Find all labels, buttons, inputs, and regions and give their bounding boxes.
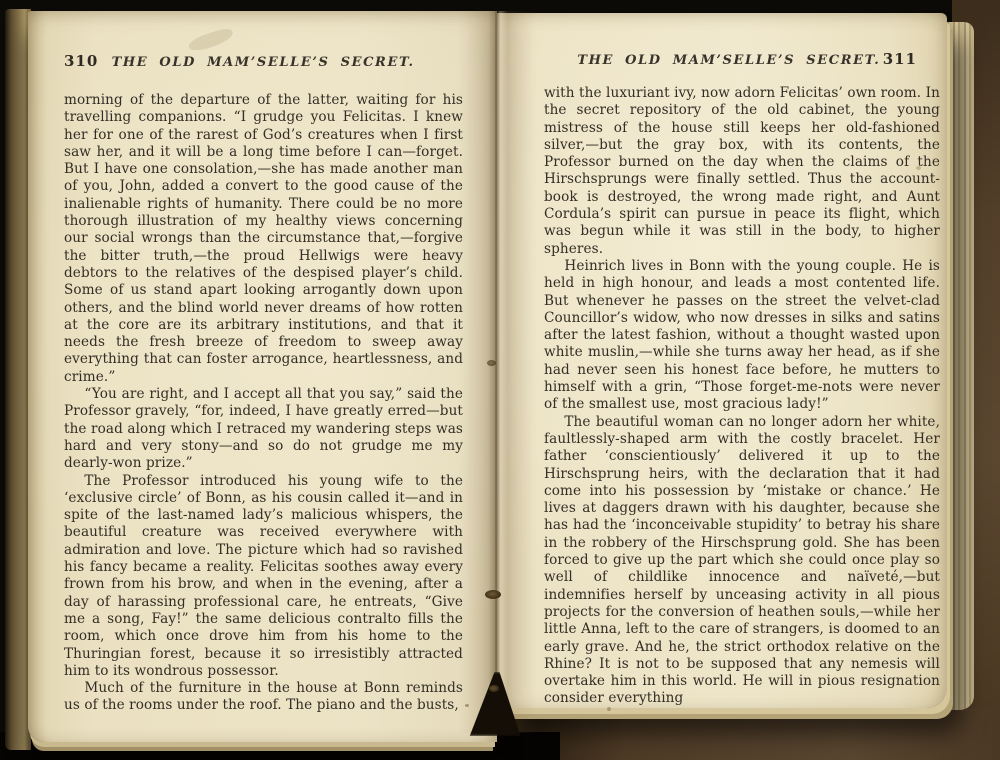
running-title-right: THE OLD MAM’SELLE’S SECRET. [575,53,883,68]
left-page: 310 THE OLD MAM’SELLE’S SECRET. morning … [28,11,497,742]
paragraph: morning of the departure of the latter, … [64,92,463,386]
page-number-left: 310 [64,52,98,70]
page-blemish [187,26,235,54]
page-blemish [607,707,611,711]
paragraph: “You are right, and I accept all that yo… [64,386,463,472]
binding-stitch [485,590,501,599]
photo-background: 310 THE OLD MAM’SELLE’S SECRET. morning … [0,0,1000,760]
paragraph: The Professor introduced his young wife … [64,473,463,681]
right-page: THE OLD MAM’SELLE’S SECRET. 311 with the… [497,13,947,708]
paragraph: with the luxuriant ivy, now adorn Felici… [544,85,940,258]
right-page-header: THE OLD MAM’SELLE’S SECRET. 311 [541,50,917,68]
page-blemish [916,166,921,170]
paragraph: Much of the furniture in the house at Bo… [64,680,463,715]
gutter-crease [495,11,497,733]
right-page-text: with the luxuriant ivy, now adorn Felici… [544,85,940,708]
running-title-left: THE OLD MAM’SELLE’S SECRET. [98,55,428,70]
binding-stitch [489,685,499,692]
page-blemish [465,704,469,707]
left-page-header: 310 THE OLD MAM’SELLE’S SECRET. [64,52,462,70]
binding-stitch [487,360,496,366]
page-edge-stack [944,22,974,710]
paragraph: Heinrich lives in Bonn with the young co… [544,258,940,414]
page-blemish [838,667,841,670]
book-cover-surface-bottom [500,708,1000,760]
page-number-right: 311 [883,50,917,68]
left-page-text: morning of the departure of the latter, … [64,92,463,715]
paragraph: The beautiful woman can no longer adorn … [544,414,940,708]
